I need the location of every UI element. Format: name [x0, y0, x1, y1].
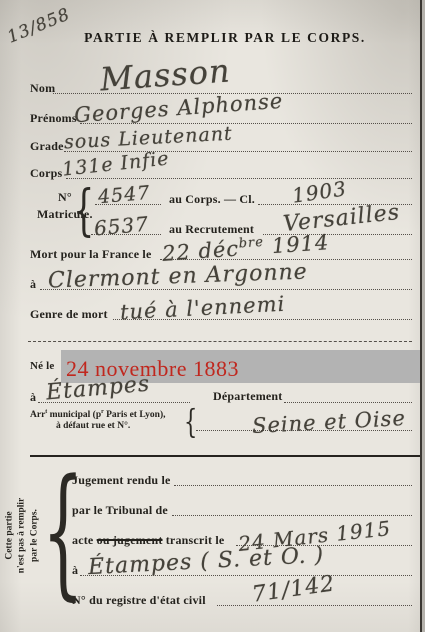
arr-label-part: Paris et Lyon),: [104, 410, 166, 420]
field-label-arrondissement: Arrt municipal (pr Paris et Lyon),: [30, 409, 165, 420]
field-label-nom: Nom: [30, 81, 55, 96]
field-label-ne-le: Né le: [30, 360, 55, 372]
dotted-line: [66, 178, 412, 179]
civil-section-brace: {: [42, 462, 84, 604]
label-au-corps-cl: au Corps. — Cl.: [169, 192, 255, 207]
dotted-line: [172, 515, 412, 516]
field-label-tribunal: par le Tribunal de: [72, 503, 168, 518]
field-label-departement: Département: [213, 389, 283, 404]
arr-label-part: Arr: [30, 410, 45, 420]
field-label-acte-transcrit: acte ou jugement transcrit le: [72, 533, 224, 548]
page-title: PARTIE À REMPLIR PAR LE CORPS.: [55, 30, 395, 46]
arrondissement-brace: {: [184, 406, 197, 439]
field-value-nom: Masson: [99, 51, 232, 98]
field-label-jugement: Jugement rendu le: [72, 473, 171, 488]
dotted-line: [174, 485, 412, 486]
field-label-registre: N° du registre d'état civil: [72, 593, 206, 608]
field-value-registre: 71/142: [251, 571, 337, 607]
sidebar-note-line: n'est pas à remplir: [16, 471, 28, 601]
section-divider-rule: [30, 455, 420, 457]
field-label-prenoms: Prénoms: [30, 111, 77, 126]
matricule-classe: 1903: [291, 176, 349, 207]
sidebar-note-line: par le Corps.: [28, 471, 40, 601]
birthdate-value: 24 novembre 1883: [66, 356, 239, 382]
dotted-line: [217, 605, 412, 606]
field-label-mort: Mort pour la France le: [30, 247, 151, 262]
mort-date-year: 1914: [271, 230, 330, 258]
military-death-record-card: 13/858 PARTIE À REMPLIR PAR LE CORPS. No…: [0, 0, 425, 632]
field-label-arrondissement-line2: à défaut rue et N°.: [56, 421, 130, 431]
field-value-departement: Seine et Oise: [251, 406, 406, 438]
field-label-corps: Corps: [30, 166, 62, 181]
dotted-line: [284, 402, 412, 403]
section-divider-dotted: [28, 341, 412, 342]
matricule-recrutement-number: 6537: [93, 212, 150, 241]
arr-label-part: municipal (p: [47, 410, 101, 420]
acte-label-struck: ou jugement: [97, 533, 163, 547]
acte-label-end: transcrit le: [163, 533, 225, 547]
sidebar-note-line: Cette partie: [3, 471, 15, 601]
field-label-grade: Grade: [30, 139, 64, 154]
matricule-brace: {: [73, 183, 94, 238]
label-au-recrutement: au Recrutement: [169, 222, 254, 237]
mort-date-sup: bre: [238, 235, 264, 252]
field-label-ne-a: à: [30, 390, 36, 405]
field-label-matricule-no: N°: [58, 190, 72, 205]
matricule-corps-number: 4547: [97, 182, 151, 208]
field-label-lieu-mort: à: [30, 277, 36, 292]
field-label-genre-mort: Genre de mort: [30, 307, 108, 322]
